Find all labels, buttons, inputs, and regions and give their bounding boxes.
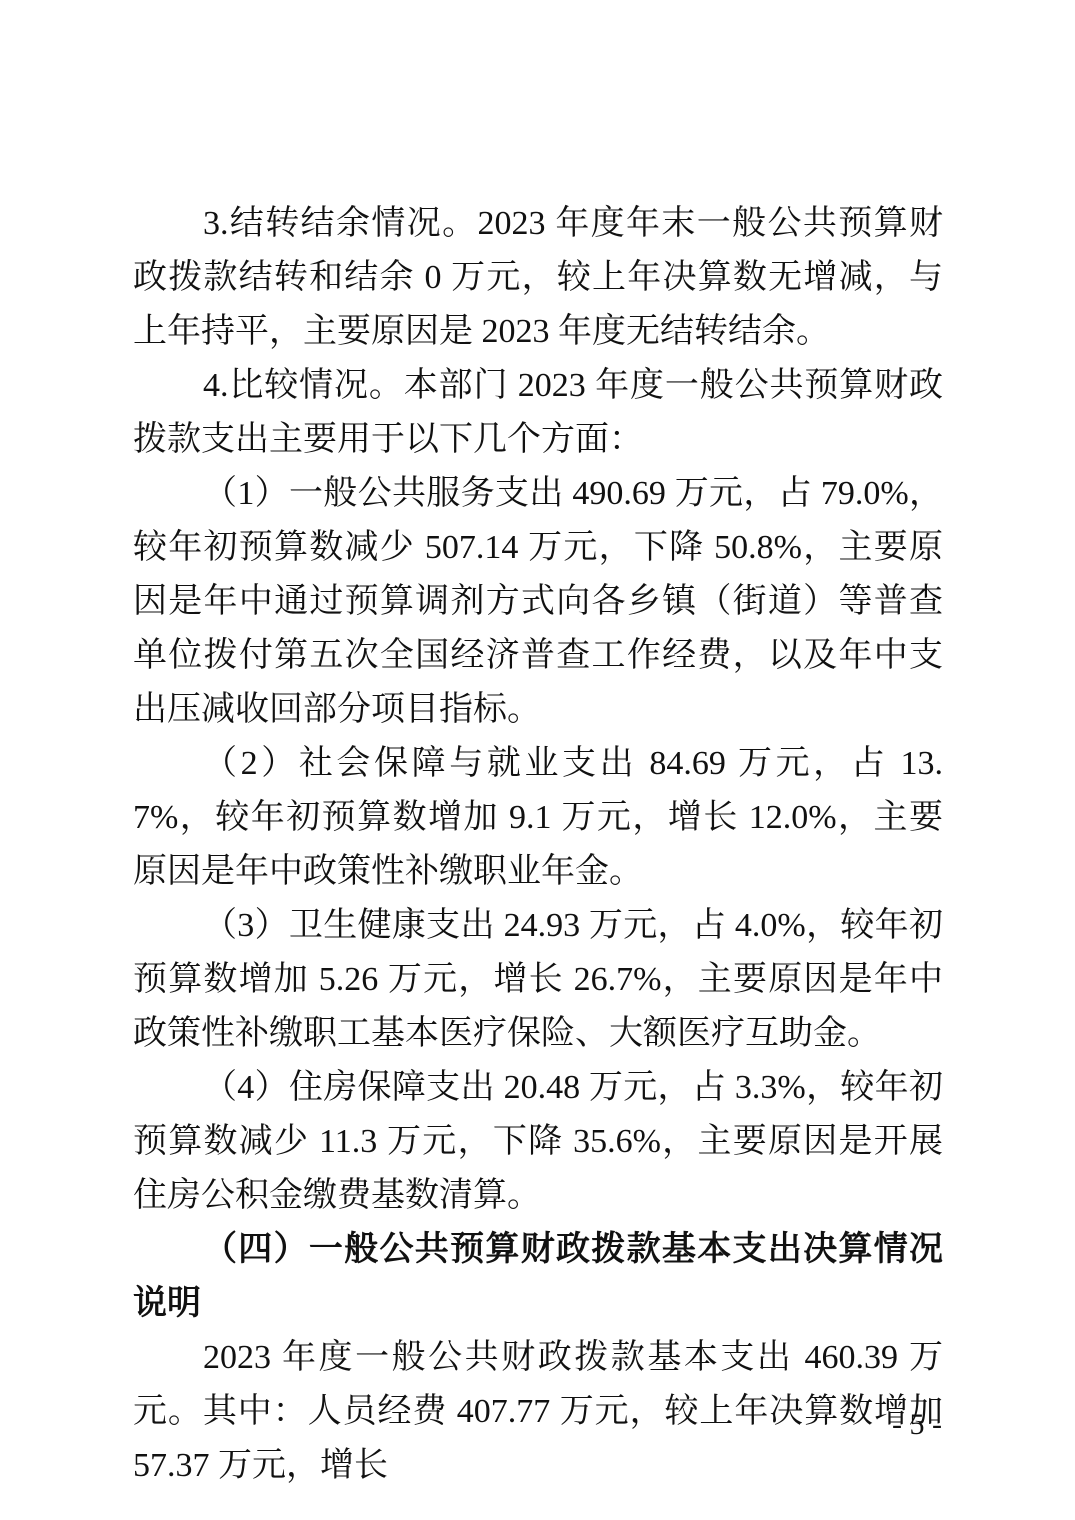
section-heading-basic-expenditure: （四）一般公共预算财政拨款基本支出决算情况说明 [133,1223,943,1331]
paragraph-item-4-housing-security: （4）住房保障支出 20.48 万元，占 3.3%，较年初预算数减少 11.3 … [133,1061,943,1223]
paragraph-basic-expenditure-detail: 2023 年度一般公共财政拨款基本支出 460.39 万元。其中：人员经费 40… [133,1331,943,1493]
paragraph-comparison-intro: 4.比较情况。本部门 2023 年度一般公共预算财政拨款支出主要用于以下几个方面… [133,359,943,467]
document-body: 3.结转结余情况。2023 年度年末一般公共预算财政拨款结转和结余 0 万元，较… [133,197,943,1493]
paragraph-item-3-health: （3）卫生健康支出 24.93 万元，占 4.0%，较年初预算数增加 5.26 … [133,899,943,1061]
paragraph-item-1-general-public-services: （1）一般公共服务支出 490.69 万元，占 79.0%，较年初预算数减少 5… [133,467,943,737]
paragraph-item-2-social-security-employment: （2）社会保障与就业支出 84.69 万元，占 13.7%，较年初预算数增加 9… [133,737,943,899]
page-number: - 5 - [892,1407,942,1443]
document-page: 3.结转结余情况。2023 年度年末一般公共预算财政拨款结转和结余 0 万元，较… [0,0,1075,1520]
paragraph-carryover-balance: 3.结转结余情况。2023 年度年末一般公共预算财政拨款结转和结余 0 万元，较… [133,197,943,359]
